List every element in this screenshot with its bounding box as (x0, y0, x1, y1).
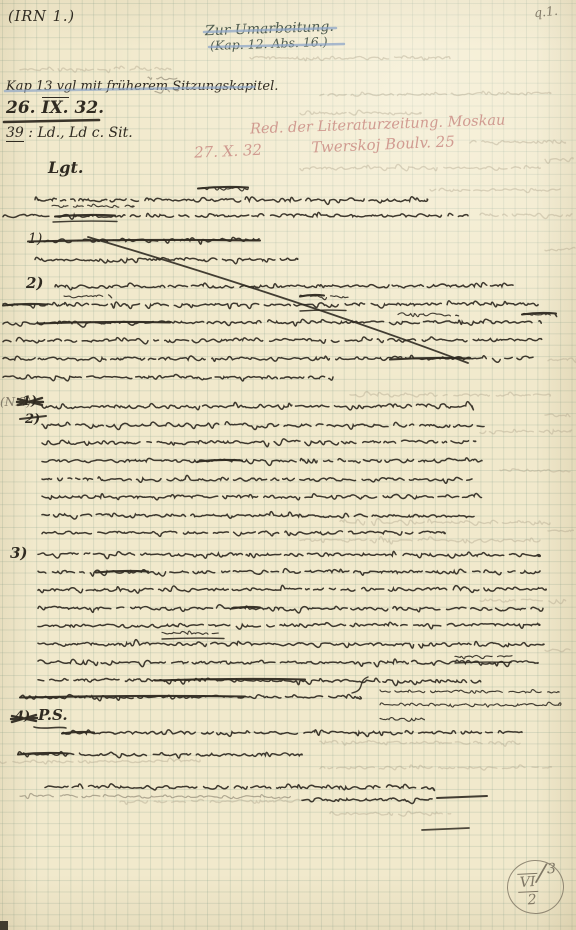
moscow-stamp-date: 27. X. 32 (194, 141, 263, 162)
reference-line: 39 : Ld., Ld c. Sit. (6, 126, 133, 140)
ps-label: P.S. (38, 708, 68, 723)
reference-rest: : Ld., Ld c. Sit. (24, 125, 133, 141)
item-number-1b-struck: 1) (22, 395, 37, 408)
filing-stamp-slash: / (537, 858, 547, 886)
item-number-3: 3) (10, 546, 28, 561)
filing-stamp-three: 3 (547, 861, 557, 877)
item-number-1-struck: 1) (28, 232, 42, 246)
archive-code: (IRN 1.) (8, 10, 75, 25)
date-month-roman: IX. (42, 97, 69, 118)
salutation: Lgt. (48, 160, 83, 176)
reference-number: 39 (6, 125, 24, 142)
page-mark-pencil: q.1. (533, 5, 558, 20)
date-year: 32. (74, 98, 104, 118)
filing-stamp-roman: VI (517, 873, 538, 893)
filing-stamp-two: 2 (527, 892, 537, 908)
item-number-2: 2) (26, 276, 44, 291)
date-heading: 26. IX. 32. (6, 100, 104, 117)
date-day: 26. (6, 98, 36, 118)
manuscript-page: (IRN 1.) q.1. Zur Umarbeitung. (Kap. 12.… (0, 0, 576, 930)
item-number-4-struck: 4) (15, 710, 30, 723)
chapter-note: Kap 13 vgl mit früherem Sitzungskapitel. (6, 80, 278, 93)
item-number-2b-struck: 2) (25, 413, 40, 426)
corner-ink-mark (0, 921, 8, 930)
